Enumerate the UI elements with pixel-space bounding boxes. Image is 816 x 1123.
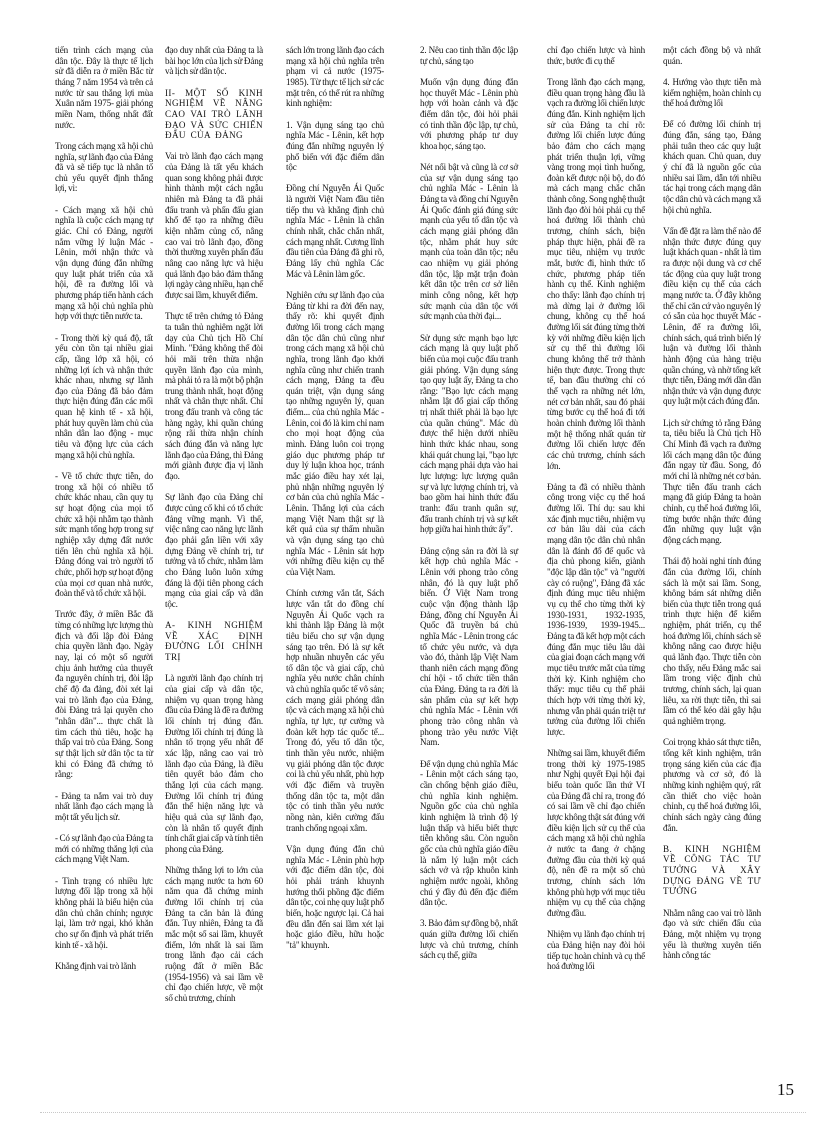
paragraph: Là người lãnh đạo chính trị của giai cấp… <box>165 673 263 854</box>
paragraph: Vấn đề đặt ra làm thế nào để nhận thức đ… <box>663 226 761 407</box>
subheading-3: 3. Bảo đảm sự đồng bộ, nhất quán giữa đư… <box>420 918 518 961</box>
section-heading-b: B. KINH NGHIỆM VỀ CÔNG TÁC TƯ TƯỞNG VÀ X… <box>663 844 761 897</box>
paragraph: Để có đường lối chính trị đúng đắn, sáng… <box>663 119 761 215</box>
paragraph: Để vận dụng chủ nghĩa Mác - Lênin một cá… <box>420 759 518 908</box>
footer-divider <box>40 1112 806 1113</box>
text-column-2: đạo duy nhất của Đảng ta là bài học lớn … <box>165 45 263 1014</box>
paragraph: sách lớn trong lãnh đạo cách mạng xã hội… <box>286 45 384 109</box>
paragraph: Nhiệm vụ lãnh đạo chính trị của Đảng hiệ… <box>547 929 645 972</box>
paragraph: Thái độ hoài nghi tính đúng đắn của đườn… <box>663 556 761 727</box>
text-column-6: một cách đồng bộ và nhất quán. 4. Hướng … <box>663 45 761 972</box>
paragraph: Chính cương vắn tắt, Sách lược vắn tắt d… <box>286 588 384 833</box>
paragraph: - Tình trạng có nhiều lực lượng đối lập … <box>55 876 153 951</box>
paragraph: - Cách mạng xã hội chủ nghĩa là cuộc các… <box>55 205 153 322</box>
paragraph: Sự lãnh đạo của Đảng chỉ được củng cố kh… <box>165 492 263 609</box>
paragraph: Nhằm nâng cao vai trò lãnh đạo và sức ch… <box>663 908 761 961</box>
paragraph: Sử dụng sức mạnh bạo lực cách mạng là qu… <box>420 333 518 535</box>
paragraph: Vai trò lãnh đạo cách mạng của Đảng là t… <box>165 151 263 300</box>
paragraph: Đảng ta đã có nhiều thành công trong việ… <box>547 482 645 738</box>
paragraph: Những thắng lợi to lớn của cách mạng nướ… <box>165 865 263 1004</box>
paragraph: Muốn vận dụng đúng đắn học thuyết Mác - … <box>420 77 518 152</box>
paragraph: Đảng cộng sản ra đời là sự kết hợp chủ n… <box>420 546 518 748</box>
paragraph: - Đảng ta nắm vai trò duy nhất lãnh đạo … <box>55 791 153 823</box>
paragraph: Nét nổi bật và cũng là cơ sở của sự vận … <box>420 162 518 322</box>
paragraph: chỉ đạo chiến lược và hình thức, bước đi… <box>547 45 645 66</box>
text-column-4: 2. Nêu cao tinh thần độc lập tự chủ, sán… <box>420 45 518 972</box>
paragraph: Coi trọng khảo sát thực tiễn, tổng kết k… <box>663 737 761 833</box>
paragraph: Nghiên cứu sự lãnh đạo của Đảng từ khi r… <box>286 290 384 578</box>
text-column-5: chỉ đạo chiến lược và hình thức, bước đi… <box>547 45 645 982</box>
text-column-1: tiến trình cách mạng của dân tộc. Đây là… <box>55 45 153 982</box>
paragraph: Những sai lầm, khuyết điểm trong thời kỳ… <box>547 748 645 919</box>
section-heading-ii: II- MỘT SỐ KINH NGHIỆM VỀ NÂNG CAO VAI T… <box>165 88 263 141</box>
subheading-4: 4. Hướng vào thực tiễn mà kiểm nghiệm, h… <box>663 77 761 109</box>
paragraph: một cách đồng bộ và nhất quán. <box>663 45 761 66</box>
paragraph: - Trong thời kỳ quá độ, tất yếu còn tồn … <box>55 333 153 461</box>
document-page: tiến trình cách mạng của dân tộc. Đây là… <box>0 0 816 1123</box>
paragraph: Lịch sử chứng tỏ rằng Đảng ta, tiêu biểu… <box>663 418 761 546</box>
paragraph: đạo duy nhất của Đảng ta là bài học lớn … <box>165 45 263 77</box>
paragraph: - Về tổ chức thực tiễn, do trong xã hội … <box>55 471 153 599</box>
paragraph: Trong lãnh đạo cách mạng, điều quan trọn… <box>547 77 645 471</box>
section-heading-a: A- KINH NGHIỆM VỀ XÁC ĐỊNH ĐƯỜNG LỐI CHÍ… <box>165 620 263 663</box>
paragraph: Thực tế trên chứng tỏ Đảng ta tuân thủ n… <box>165 311 263 482</box>
paragraph: Trước đây, ở miền Bắc đã từng có những l… <box>55 609 153 780</box>
paragraph: Khẳng định vai trò lãnh <box>55 961 153 972</box>
paragraph: Vận dụng đúng đắn chủ nghĩa Mác - Lênin … <box>286 844 384 951</box>
page-number: 15 <box>777 1080 794 1100</box>
paragraph: Trong cách mạng xã hội chủ nghĩa, sự lãn… <box>55 141 153 194</box>
paragraph: tiến trình cách mạng của dân tộc. Đây là… <box>55 45 153 130</box>
paragraph: Đồng chí Nguyễn Ái Quốc là người Việt Na… <box>286 183 384 279</box>
subheading-2: 2. Nêu cao tinh thần độc lập tự chủ, sán… <box>420 45 518 66</box>
text-column-3: sách lớn trong lãnh đạo cách mạng xã hội… <box>286 45 384 961</box>
paragraph: - Có sự lãnh đạo của Đảng ta mới có nhữn… <box>55 833 153 865</box>
subheading-1: 1. Vận dụng sáng tạo chủ nghĩa Mác - Lên… <box>286 120 384 173</box>
